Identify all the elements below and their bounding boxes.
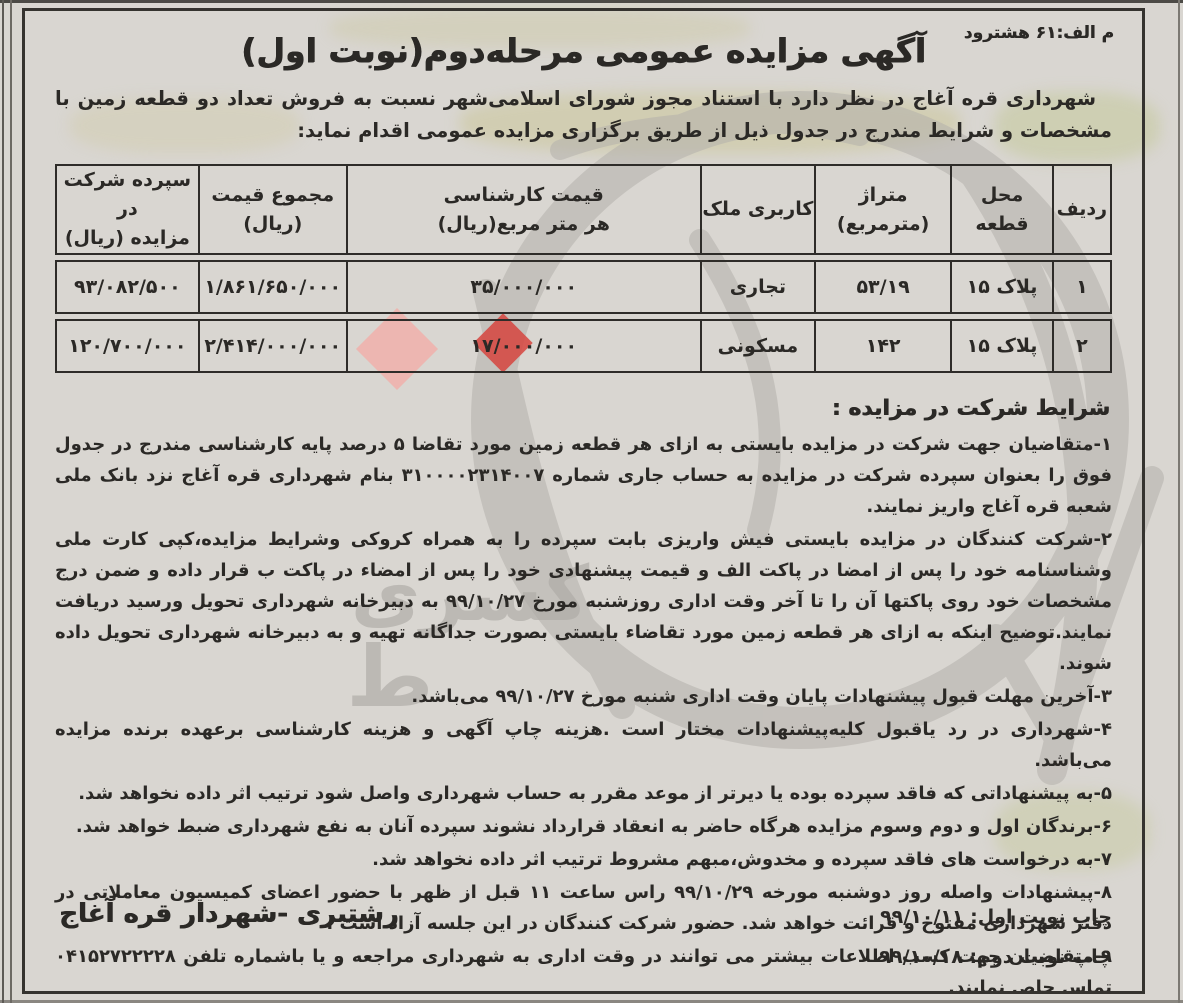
header-appraised-price: قیمت کارشناسی هر متر مربع(ریال) [346, 164, 700, 255]
cell-land-use: مسکونی [700, 319, 814, 373]
condition-item-4: ۴-شهرداری در رد یاقبول کلیه‌پیشنهادات مخ… [55, 714, 1112, 776]
table-row: ۱ پلاک ۱۵ ۵۳/۱۹ تجاری ۳۵/۰۰۰/۰۰۰ ۱/۸۶۱/۶… [55, 260, 1112, 314]
condition-item-3: ۳-آخرین مهلت قبول پیشنهادات پایان وقت اد… [55, 681, 1112, 712]
cell-deposit: ۱۲۰/۷۰۰/۰۰۰ [55, 319, 198, 373]
condition-item-6: ۶-برندگان اول و دوم وسوم مزایده هرگاه حا… [55, 811, 1112, 842]
condition-item-5: ۵-به پیشنهاداتی که فاقد سپرده بوده یا دی… [55, 778, 1112, 809]
newspaper-right-column-rule [1178, 0, 1180, 1003]
header-plot-location: محل قطعه [950, 164, 1051, 255]
table-header-row: ردیف محل قطعه متراژ (مترمربع) کاربری ملک… [55, 164, 1112, 255]
table-row: ۲ پلاک ۱۵ ۱۴۲ مسکونی ۱۷/۰۰۰/۰۰۰ ۲/۴۱۴/۰۰… [55, 319, 1112, 373]
cell-plot-location: پلاک ۱۵ [950, 260, 1051, 314]
cell-deposit: ۹۳/۰۸۲/۵۰۰ [55, 260, 198, 314]
header-total-price: مجموع قیمت (ریال) [198, 164, 346, 255]
cell-land-use: تجاری [700, 260, 814, 314]
cell-area: ۱۴۲ [814, 319, 950, 373]
land-specs-table: ردیف محل قطعه متراژ (مترمربع) کاربری ملک… [55, 159, 1112, 378]
newspaper-left-column-rule [2, 0, 12, 1003]
header-area: متراژ (مترمربع) [814, 164, 950, 255]
condition-item-7: ۷-به درخواست های فاقد سپرده و مخدوش،مبهم… [55, 844, 1112, 875]
advertisement-frame: م الف:۶۱ هشترود آگهی مزایده عمومی مرحله‌… [22, 8, 1145, 994]
intro-paragraph: شهرداری قره آغاج در نظر دارد با استناد م… [55, 83, 1112, 147]
cell-row-number: ۱ [1052, 260, 1112, 314]
ref-code: م الف:۶۱ هشترود [964, 23, 1114, 43]
condition-item-2: ۲-شرکت کنندگان در مزایده بایستی فیش واری… [55, 524, 1112, 679]
cell-area: ۵۳/۱۹ [814, 260, 950, 314]
header-row-number: ردیف [1052, 164, 1112, 255]
print-runs: چاپ نوبت اول: ۹۹/۱۰/۱۱ چاپ نوبت دوم: ۹۹/… [879, 897, 1112, 977]
mayor-signature: رشتبری -شهردار قره آغاج [59, 899, 399, 929]
cell-appraised-price: ۱۷/۰۰۰/۰۰۰ [346, 319, 700, 373]
print-run-first: چاپ نوبت اول: ۹۹/۱۰/۱۱ [879, 897, 1112, 937]
condition-item-1: ۱-متقاضیان جهت شرکت در مزایده بایستی به … [55, 429, 1112, 522]
cell-row-number: ۲ [1052, 319, 1112, 373]
cell-appraised-price: ۳۵/۰۰۰/۰۰۰ [346, 260, 700, 314]
print-run-second: چاپ نوبت دوم: ۹۹/۱۰/۱۸ [879, 937, 1112, 977]
conditions-heading: شرایط شرکت در مزایده : [55, 396, 1110, 421]
cell-plot-location: پلاک ۱۵ [950, 319, 1051, 373]
header-land-use: کاربری ملک [700, 164, 814, 255]
cell-total-price: ۱/۸۶۱/۶۵۰/۰۰۰ [198, 260, 346, 314]
newspaper-top-rule [0, 0, 1183, 3]
newspaper-scan-page: { "page": { "ref_code": "م الف:۶۱ هشترود… [0, 0, 1183, 1003]
ad-title: آگهی مزایده عمومی مرحله‌دوم(نوبت اول) [55, 31, 1112, 70]
ad-footer: چاپ نوبت اول: ۹۹/۱۰/۱۱ چاپ نوبت دوم: ۹۹/… [55, 897, 1112, 977]
header-deposit: سپرده شرکت در مزایده (ریال) [55, 164, 198, 255]
cell-total-price: ۲/۴۱۴/۰۰۰/۰۰۰ [198, 319, 346, 373]
